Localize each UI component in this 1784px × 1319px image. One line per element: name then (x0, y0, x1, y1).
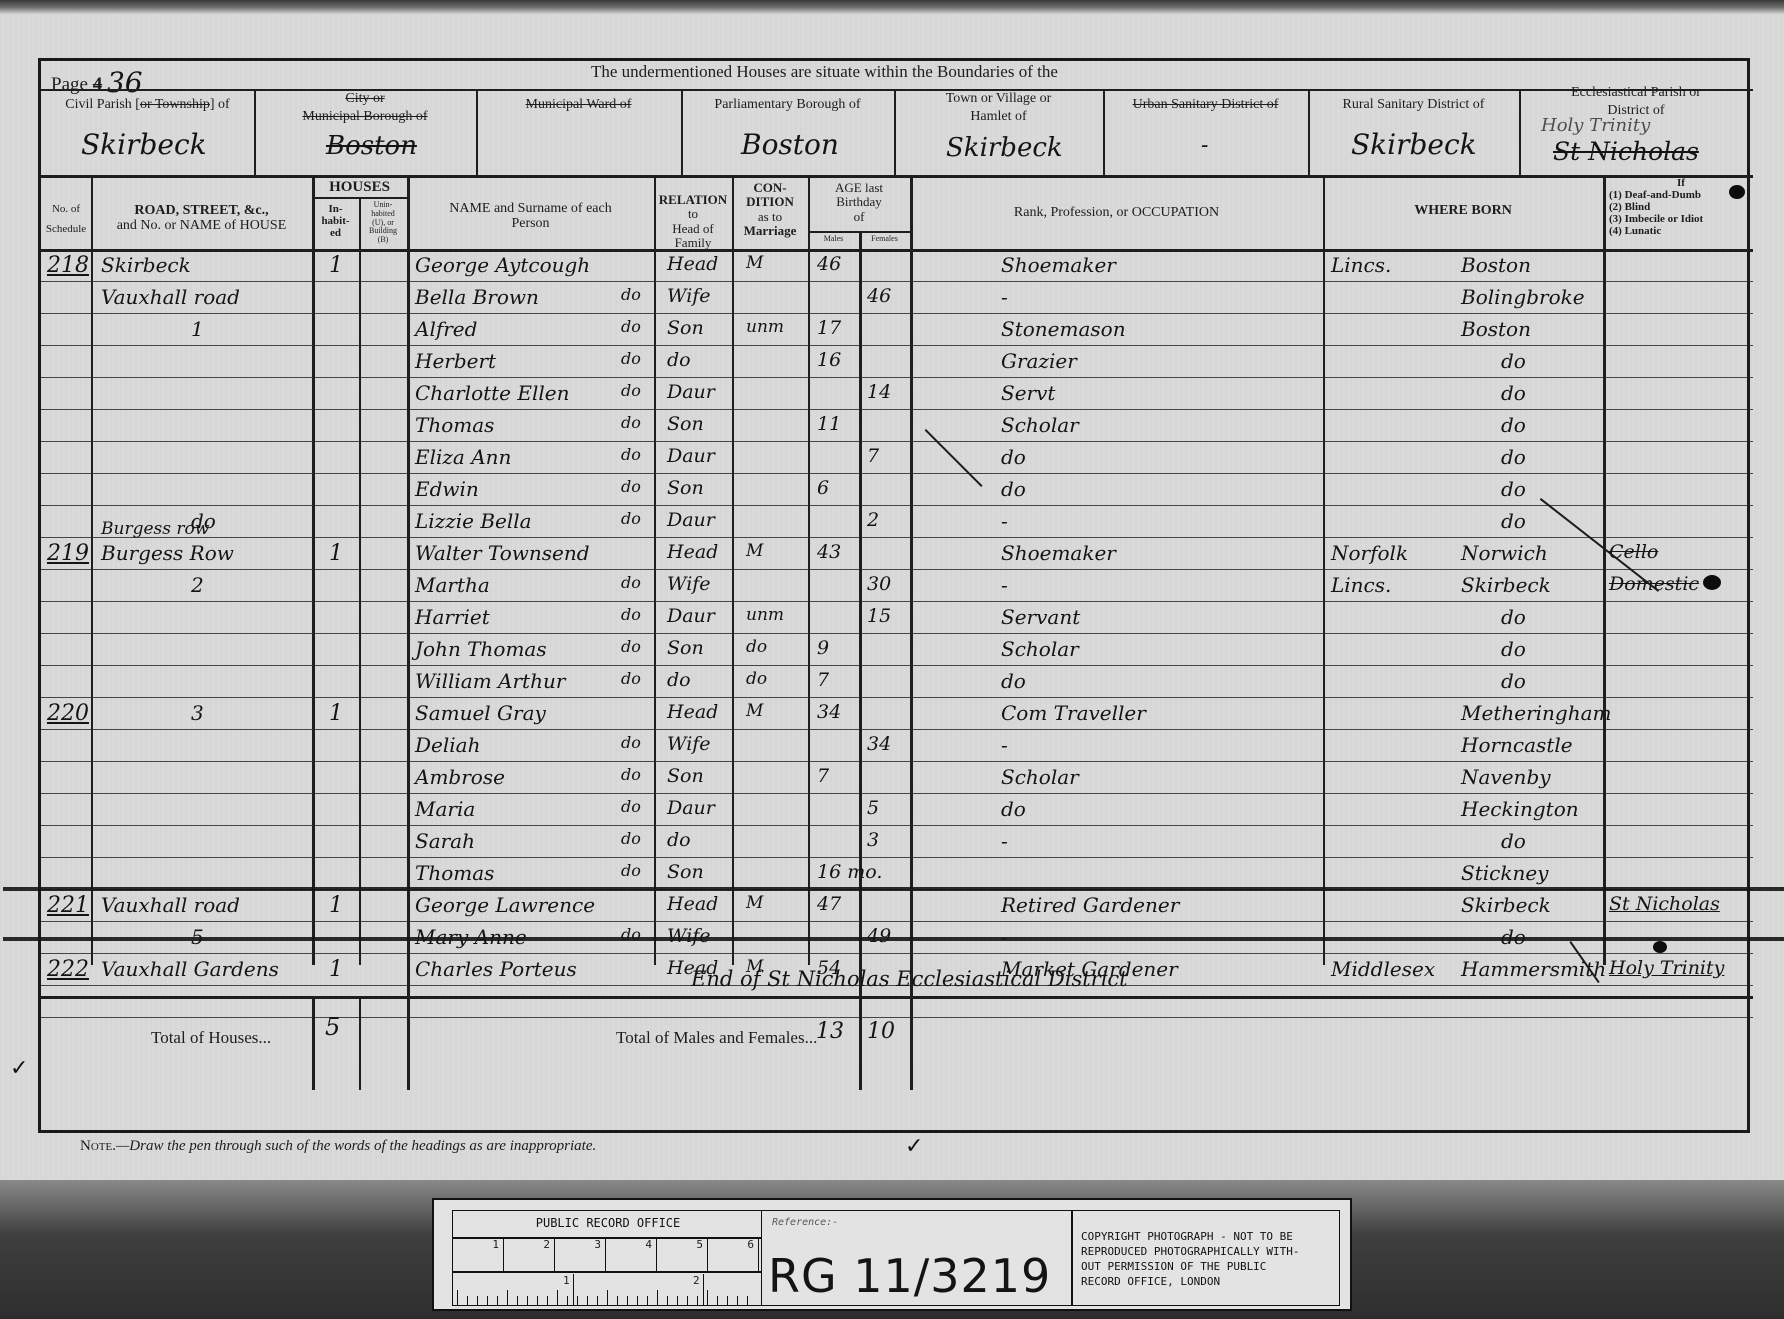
name-cell: Maria (415, 799, 475, 819)
name-cell: Deliah (415, 735, 480, 755)
ruler-tick (627, 1296, 628, 1306)
male-age-cell: 16 mo. (817, 863, 882, 882)
check-mark: ✓ (10, 1058, 28, 1080)
born-place-cell: do (1501, 415, 1526, 435)
col-divider (859, 231, 862, 1090)
inhabited-cell: 1 (329, 255, 343, 277)
born-place-cell: Metheringham (1461, 703, 1611, 723)
occupation-cell: do (1001, 671, 1026, 691)
name-cell: Charles Porteus (415, 959, 577, 979)
male-age-cell: 34 (817, 703, 841, 722)
col-header-females: Females (859, 235, 910, 244)
born-place-cell: do (1501, 447, 1526, 467)
name-ditto-cell: do (621, 735, 641, 751)
relation-cell: Daur (667, 447, 715, 466)
name-ditto-cell: do (621, 863, 641, 879)
born-place-cell: do (1501, 511, 1526, 531)
relation-cell: Son (667, 415, 704, 434)
town-village-label: Town or Village or (894, 91, 1103, 106)
schedule-cell: 219 (47, 543, 89, 565)
infirmity-cell: Domestic (1609, 575, 1699, 594)
name-cell: Herbert (415, 351, 496, 371)
census-form: Page 4 36 The undermentioned Houses are … (38, 58, 1750, 1133)
footnote: Note.—Draw the pen through such of the w… (80, 1138, 596, 1155)
inhabited-cell: 1 (329, 703, 343, 725)
female-age-cell: 3 (867, 831, 879, 850)
col-header-houses: HOUSES (312, 179, 407, 196)
born-place-cell: do (1501, 351, 1526, 371)
occupation-cell: Servant (1001, 607, 1080, 627)
born-county-cell: Lincs. (1331, 255, 1391, 275)
scale-cell: 2 (504, 1238, 555, 1271)
ruler-tick (507, 1290, 508, 1306)
row-divider (41, 409, 1753, 410)
male-age-cell: 11 (817, 415, 841, 434)
divider (312, 197, 407, 199)
condition-cell: M (746, 543, 763, 560)
row-divider (41, 1017, 1753, 1018)
row-divider (41, 665, 1753, 666)
ruler-tick (457, 1290, 458, 1306)
female-age-cell: 15 (867, 607, 891, 626)
ruler-tick (687, 1296, 688, 1306)
municipal-borough-value: Boston (326, 133, 417, 159)
col-divider (312, 996, 315, 1090)
relation-cell: Wife (667, 735, 711, 754)
copyright-text: COPYRIGHT PHOTOGRAPH - NOT TO BE REPRODU… (1081, 1229, 1300, 1289)
reference-number: RG 11/3219 (768, 1253, 1051, 1299)
occupation-cell: Shoemaker (1001, 543, 1116, 563)
ruler-tick (747, 1296, 748, 1306)
relation-cell: Daur (667, 799, 715, 818)
col-header-inhabited: In-habit-ed (312, 203, 359, 239)
occupation-cell: Com Traveller (1001, 703, 1146, 723)
footnote-prefix: Note. (80, 1138, 116, 1154)
ruler-tick (607, 1290, 608, 1306)
header-bottom-rule (41, 249, 1753, 252)
name-cell: Edwin (415, 479, 479, 499)
name-cell: Alfred (415, 319, 477, 339)
road-cell: Burgess Row (101, 543, 234, 563)
relation-cell: do (667, 671, 691, 690)
male-age-cell: 17 (817, 319, 841, 338)
name-cell: Thomas (415, 863, 494, 883)
row-divider (41, 729, 1753, 730)
col-header-males: Males (808, 235, 859, 244)
name-cell: William Arthur (415, 671, 565, 691)
row-divider (41, 313, 1753, 314)
born-place-cell: Norwich (1461, 543, 1548, 563)
total-persons-label: Total of Males and Females... (616, 1029, 817, 1048)
name-cell: Samuel Gray (415, 703, 546, 723)
boundaries-intro: The undermentioned Houses are situate wi… (591, 63, 1058, 82)
page-number-label: Page 4 36 (51, 67, 143, 96)
infirmity-cell: St Nicholas (1609, 895, 1720, 914)
copyright-box: COPYRIGHT PHOTOGRAPH - NOT TO BE REPRODU… (1072, 1210, 1340, 1306)
name-cell: Bella Brown (415, 287, 539, 307)
schedule-cell: 218 (47, 255, 89, 277)
relation-cell: Son (667, 639, 704, 658)
hamlet-label: Hamlet of (894, 109, 1103, 124)
name-cell: Martha (415, 575, 490, 595)
row-divider (41, 697, 1753, 698)
road-cell: 3 (191, 703, 204, 723)
female-age-cell: 2 (867, 511, 879, 530)
row-divider (41, 857, 1753, 858)
scale-cell: 6 (708, 1238, 759, 1271)
office-name: PUBLIC RECORD OFFICE (453, 1216, 763, 1230)
public-record-office-label: PUBLIC RECORD OFFICE 123456 12 Reference… (432, 1198, 1352, 1311)
row-divider (41, 601, 1753, 602)
ink-blot (1729, 185, 1745, 199)
condition-cell: M (746, 703, 763, 720)
row-divider (41, 441, 1753, 442)
city-label: City or (254, 91, 476, 106)
col-header-uninhabited: Unin-habited(U), orBuilding(B) (359, 201, 407, 245)
check-mark: ✓ (905, 1136, 923, 1158)
name-cell: Ambrose (415, 767, 505, 787)
ruler-tick (587, 1296, 588, 1306)
tally-mark (925, 429, 983, 487)
occupation-cell: Scholar (1001, 415, 1079, 435)
row-divider (41, 569, 1753, 570)
female-age-cell: 34 (867, 735, 891, 754)
row-divider (41, 921, 1753, 922)
name-ditto-cell: do (621, 767, 641, 783)
row-divider (41, 505, 1753, 506)
name-ditto-cell: do (621, 511, 641, 527)
rural-sanitary-label: Rural Sanitary District of (1308, 97, 1519, 112)
parliamentary-borough-label: Parliamentary Borough of (681, 97, 894, 112)
ink-blot (1703, 575, 1721, 590)
row-divider (41, 793, 1753, 794)
male-age-cell: 47 (817, 895, 841, 914)
occupation-cell: do (1001, 479, 1026, 499)
born-place-cell: Horncastle (1461, 735, 1573, 755)
name-cell: Walter Townsend (415, 543, 590, 563)
condition-cell: unm (746, 607, 784, 624)
municipal-borough-label: Municipal Borough of (254, 109, 476, 124)
relation-cell: Head (667, 703, 718, 722)
occupation-cell: Retired Gardener (1001, 895, 1179, 915)
male-age-cell: 46 (817, 255, 841, 274)
name-ditto-cell: do (621, 575, 641, 591)
pen-rule (3, 887, 1784, 891)
born-place-cell: do (1501, 639, 1526, 659)
born-place-cell: Bolingbroke (1461, 287, 1585, 307)
ruler-tick (617, 1296, 618, 1306)
scale-cell: 5 (657, 1238, 708, 1271)
civil-parish-value: Skirbeck (81, 131, 207, 159)
page-struck-prefix: 4 (93, 74, 103, 95)
town-village-value: Skirbeck (946, 135, 1063, 161)
condition-cell: M (746, 255, 763, 272)
relation-cell: Head (667, 255, 718, 274)
occupation-cell: - (1001, 511, 1008, 531)
male-age-cell: 43 (817, 543, 841, 562)
name-cell: George Aytcough (415, 255, 590, 275)
name-ditto-cell: do (621, 639, 641, 655)
col-divider (359, 996, 361, 1090)
ruler-tick (577, 1296, 578, 1306)
name-ditto-cell: do (621, 351, 641, 367)
name-cell: John Thomas (415, 639, 547, 659)
scale-cell: 3 (555, 1238, 606, 1271)
occupation-cell: Scholar (1001, 767, 1079, 787)
male-age-cell: 9 (817, 639, 829, 658)
name-ditto-cell: do (621, 383, 641, 399)
row-divider (41, 825, 1753, 826)
born-county-cell: Norfolk (1331, 543, 1408, 563)
female-age-cell: 7 (867, 447, 879, 466)
name-cell: Eliza Ann (415, 447, 511, 467)
row-divider (41, 473, 1753, 474)
road-above-cell: Burgess row (101, 521, 209, 538)
ecclesiastical-overwrite: Holy Trinity (1541, 117, 1650, 135)
relation-cell: Daur (667, 607, 715, 626)
total-houses-label: Total of Houses... (151, 1029, 271, 1048)
row-divider (41, 537, 1753, 538)
total-houses-value: 5 (325, 1015, 340, 1039)
relation-cell: Son (667, 479, 704, 498)
condition-cell: M (746, 895, 763, 912)
name-cell: Charlotte Ellen (415, 383, 569, 403)
ecclesiastical-value: St Nicholas (1553, 139, 1699, 164)
row-divider (41, 633, 1753, 634)
road-cell: 1 (191, 319, 204, 339)
male-age-cell: 7 (817, 767, 829, 786)
parliamentary-borough-value: Boston (741, 131, 839, 159)
ruler-tick (727, 1296, 728, 1306)
male-age-cell: 6 (817, 479, 829, 498)
reference-label: Reference:- (772, 1217, 838, 1228)
born-place-cell: Boston (1461, 255, 1531, 275)
divider (1519, 89, 1521, 175)
born-place-cell: Boston (1461, 319, 1531, 339)
row-divider (41, 345, 1753, 346)
occupation-cell: - (1001, 287, 1008, 307)
name-ditto-cell: do (621, 479, 641, 495)
occupation-cell: - (1001, 831, 1008, 851)
inhabited-cell: 1 (329, 543, 343, 565)
occupation-cell: Scholar (1001, 639, 1079, 659)
ruler-label: 2 (693, 1274, 704, 1306)
civil-parish-label: Civil Parish [or Township] of (41, 97, 254, 112)
inhabited-cell: 1 (329, 895, 343, 917)
schedule-cell: 222 (47, 959, 89, 981)
born-place-cell: do (1501, 607, 1526, 627)
row-divider (41, 377, 1753, 378)
row-divider (41, 281, 1753, 282)
row-divider (41, 761, 1753, 762)
row-divider (41, 953, 1753, 954)
page-number: 36 (107, 66, 143, 99)
road-cell: Vauxhall Gardens (101, 959, 279, 979)
female-age-cell: 30 (867, 575, 891, 594)
ruler-box: PUBLIC RECORD OFFICE 123456 12 (452, 1210, 762, 1306)
col-header-where-born: WHERE BORN (1323, 203, 1603, 218)
name-ditto-cell: do (621, 287, 641, 303)
female-age-cell: 14 (867, 383, 891, 402)
rural-sanitary-value: Skirbeck (1351, 131, 1477, 159)
col-header-condition: CON-DITIONas toMarriage (732, 181, 808, 238)
born-place-cell: do (1501, 479, 1526, 499)
name-ditto-cell: do (621, 831, 641, 847)
ruler-tick (497, 1296, 498, 1306)
name-cell: Thomas (415, 415, 494, 435)
name-ditto-cell: do (621, 607, 641, 623)
ruler-tick (537, 1296, 538, 1306)
relation-cell: Son (667, 863, 704, 882)
ruler-tick (467, 1296, 468, 1306)
relation-cell: do (667, 351, 691, 370)
ruler-tick (547, 1296, 548, 1306)
relation-cell: Head (667, 543, 718, 562)
name-ditto-cell: do (621, 415, 641, 431)
total-females-value: 10 (867, 1021, 895, 1043)
col-header-name: NAME and Surname of eachPerson (407, 201, 654, 232)
female-age-cell: 5 (867, 799, 879, 818)
ink-blot (1653, 941, 1667, 953)
scale-cell: 4 (606, 1238, 657, 1271)
born-place-cell: Skirbeck (1461, 895, 1551, 915)
pen-rule (3, 937, 1784, 941)
road-cell: Vauxhall road (101, 895, 240, 915)
condition-cell: do (746, 639, 767, 656)
born-place-cell: do (1501, 671, 1526, 691)
female-age-cell: 46 (867, 287, 891, 306)
divider (41, 175, 1753, 178)
ruler-label: 1 (563, 1274, 574, 1306)
end-of-district-note: End of St Nicholas Ecclesiastical Distri… (691, 969, 1128, 990)
total-males-value: 13 (816, 1021, 844, 1043)
occupation-cell: - (1001, 575, 1008, 595)
scan-edge-top (0, 0, 1784, 14)
born-county-cell: Lincs. (1331, 575, 1391, 595)
male-age-cell: 7 (817, 671, 829, 690)
ruler-tick (477, 1296, 478, 1306)
occupation-cell: do (1001, 799, 1026, 819)
occupation-cell: Grazier (1001, 351, 1077, 371)
road-cell: 2 (191, 575, 204, 595)
ruler-tick (737, 1296, 738, 1306)
occupation-cell: Stonemason (1001, 319, 1126, 339)
schedule-cell: 221 (47, 895, 89, 917)
name-ditto-cell: do (621, 447, 641, 463)
name-cell: George Lawrence (415, 895, 595, 915)
relation-cell: Head (667, 895, 718, 914)
col-header-relation: RELATIONtoHead of Family (654, 193, 732, 250)
condition-cell: do (746, 671, 767, 688)
scale-cell: 1 (453, 1238, 504, 1271)
ruler-tick (517, 1296, 518, 1306)
col-header-road: ROAD, STREET, &c.,and No. or NAME of HOU… (91, 203, 312, 234)
road-cell: Skirbeck (101, 255, 191, 275)
born-place-cell: do (1501, 383, 1526, 403)
footnote-text: —Draw the pen through such of the words … (116, 1138, 596, 1154)
schedule-cell: 220 (47, 703, 89, 725)
born-place-cell: Heckington (1461, 799, 1579, 819)
born-place-cell: Skirbeck (1461, 575, 1551, 595)
relation-cell: Wife (667, 287, 711, 306)
ruler-tick (647, 1296, 648, 1306)
born-place-cell: Stickney (1461, 863, 1548, 883)
totals-top-rule (41, 996, 1753, 999)
occupation-cell: - (1001, 735, 1008, 755)
male-age-cell: 16 (817, 351, 841, 370)
relation-cell: do (667, 831, 691, 850)
urban-sanitary-label: Urban Sanitary District of (1103, 97, 1308, 112)
ruler-tick (527, 1296, 528, 1306)
relation-cell: Son (667, 767, 704, 786)
relation-cell: Wife (667, 575, 711, 594)
road-cell: Vauxhall road (101, 287, 240, 307)
col-header-schedule: No. ofSchedule (41, 203, 91, 235)
name-ditto-cell: do (621, 671, 641, 687)
occupation-cell: Shoemaker (1001, 255, 1116, 275)
municipal-ward-label: Municipal Ward of (476, 97, 681, 112)
urban-sanitary-value: - (1201, 135, 1208, 157)
reference-box: Reference:- RG 11/3219 (762, 1210, 1072, 1306)
col-header-occupation: Rank, Profession, or OCCUPATION (910, 205, 1323, 220)
name-cell: Sarah (415, 831, 475, 851)
ruler-tick (677, 1296, 678, 1306)
condition-cell: unm (746, 319, 784, 336)
ruler-tick (487, 1296, 488, 1306)
name-ditto-cell: do (621, 319, 641, 335)
ruler-tick (597, 1296, 598, 1306)
ruler-tick (637, 1296, 638, 1306)
ruler-tick (717, 1296, 718, 1306)
relation-cell: Son (667, 319, 704, 338)
divider (808, 231, 910, 233)
occupation-cell: do (1001, 447, 1026, 467)
relation-cell: Daur (667, 511, 715, 530)
ecclesiastical-label: Ecclesiastical Parish or (1519, 85, 1753, 100)
page-label: Page (51, 74, 88, 95)
infirmity-cell: Holy Trinity (1609, 959, 1724, 978)
relation-cell: Daur (667, 383, 715, 402)
ruler-tick (707, 1290, 708, 1306)
occupation-cell: Servt (1001, 383, 1055, 403)
born-county-cell: Middlesex (1331, 959, 1435, 979)
inhabited-cell: 1 (329, 959, 343, 981)
ruler-tick (657, 1290, 658, 1306)
born-place-cell: do (1501, 831, 1526, 851)
name-cell: Lizzie Bella (415, 511, 532, 531)
name-cell: Harriet (415, 607, 490, 627)
born-place-cell: Navenby (1461, 767, 1551, 787)
ruler-tick (557, 1290, 558, 1306)
name-ditto-cell: do (621, 799, 641, 815)
ruler-tick (667, 1296, 668, 1306)
col-header-age: AGE lastBirthdayof (808, 181, 910, 224)
